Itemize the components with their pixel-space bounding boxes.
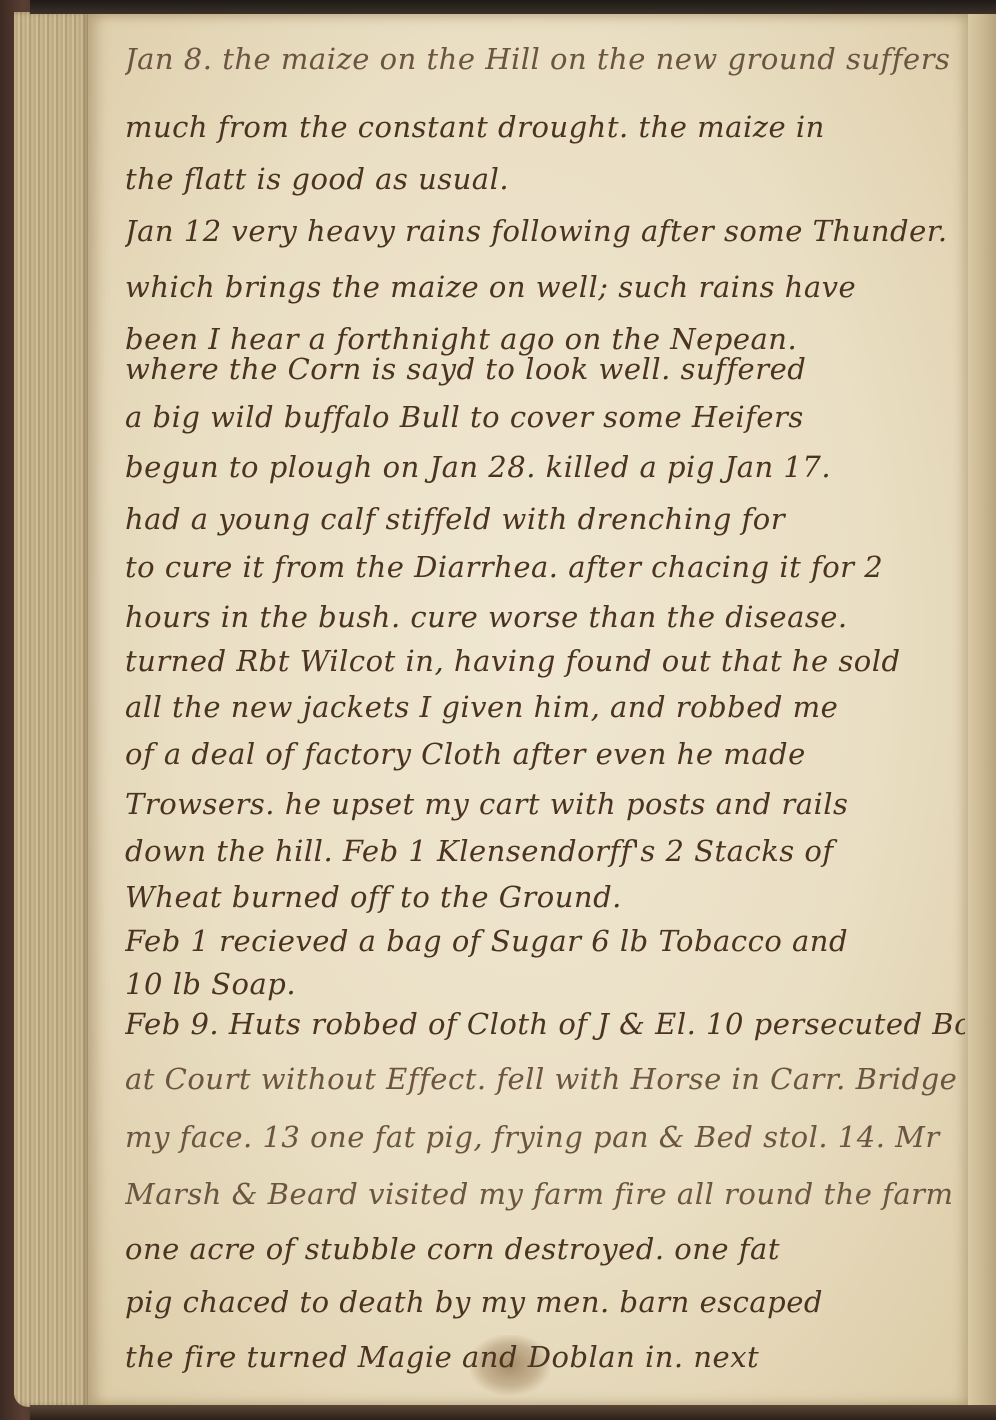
manuscript-line: Jan 8. the maize on the Hill on the new … (125, 42, 965, 76)
manuscript-line: where the Corn is sayd to look well. suf… (125, 352, 965, 386)
manuscript-line: the fire turned Magie and Doblan in. nex… (125, 1340, 965, 1374)
manuscript-line: one acre of stubble corn destroyed. one … (125, 1232, 965, 1266)
manuscript-line: Feb 1 recieved a bag of Sugar 6 lb Tobac… (125, 924, 965, 958)
manuscript-line: Marsh & Beard visited my farm fire all r… (125, 1177, 965, 1211)
manuscript-line: had a young calf stiffeld with drenching… (125, 502, 965, 536)
manuscript-line: my face. 13 one fat pig, frying pan & Be… (125, 1120, 965, 1154)
page-right-edge (968, 14, 996, 1406)
manuscript-line: Wheat burned off to the Ground. (125, 880, 965, 914)
manuscript-line: much from the constant drought. the maiz… (125, 110, 965, 144)
manuscript-line: pig chaced to death by my men. barn esca… (125, 1285, 965, 1319)
manuscript-line: Trowsers. he upset my cart with posts an… (125, 787, 965, 821)
book-top-edge (30, 0, 996, 14)
manuscript-line: 10 lb Soap. (125, 967, 965, 1001)
manuscript-line: a big wild buffalo Bull to cover some He… (125, 400, 965, 434)
manuscript-line: of a deal of factory Cloth after even he… (125, 737, 965, 771)
manuscript-line: been I hear a forthnight ago on the Nepe… (125, 322, 965, 356)
manuscript-line: which brings the maize on well; such rai… (125, 270, 965, 304)
book-bottom-edge (30, 1405, 996, 1420)
manuscript-line: down the hill. Feb 1 Klensendorff's 2 St… (125, 834, 965, 868)
manuscript-line: hours in the bush. cure worse than the d… (125, 600, 965, 634)
manuscript-line: begun to plough on Jan 28. killed a pig … (125, 450, 965, 484)
page-stack-edge (14, 12, 90, 1407)
manuscript-line: all the new jackets I given him, and rob… (125, 690, 965, 724)
manuscript-line: to cure it from the Diarrhea. after chac… (125, 550, 965, 584)
manuscript-line: the flatt is good as usual. (125, 162, 965, 196)
manuscript-line: Feb 9. Huts robbed of Cloth of J & El. 1… (125, 1007, 965, 1041)
manuscript-line: turned Rbt Wilcot in, having found out t… (125, 644, 965, 678)
manuscript-line: at Court without Effect. fell with Horse… (125, 1062, 965, 1096)
manuscript-line: Jan 12 very heavy rains following after … (125, 214, 965, 248)
